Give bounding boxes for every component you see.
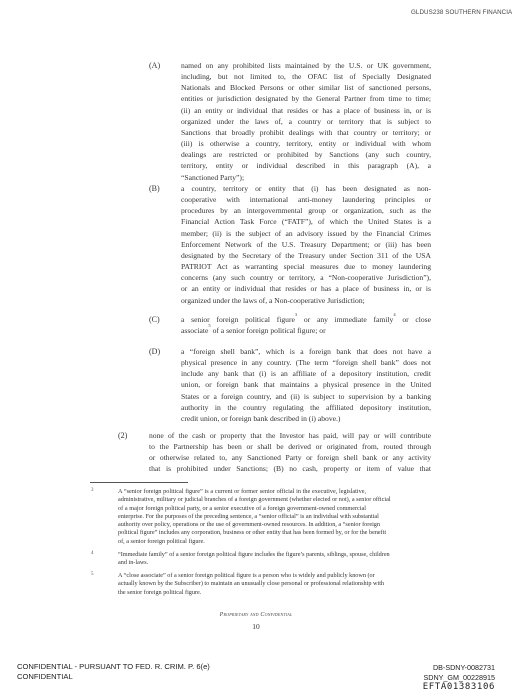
text-line: of a major foreign political party, or a…	[118, 505, 366, 513]
text-line: union, or foreign bank that maintains a …	[181, 379, 431, 390]
text-line: organized under the laws of, a Non-coope…	[181, 295, 431, 306]
text-line: (iii) is otherwise a country, territory,…	[181, 138, 431, 149]
item-b-label: (B)	[149, 183, 160, 194]
text-line: “Sanctioned Party”);	[181, 172, 431, 183]
item-b-paragraph: a country, territory or entity that (i) …	[181, 183, 431, 306]
bates-number-efta: EFTA01383106	[423, 682, 495, 693]
text-line: enterprise. For the purposes of the prec…	[118, 513, 366, 521]
text-line: organized under the laws of, a country o…	[181, 116, 431, 127]
text-line: the senior foreign political figure.	[118, 589, 366, 597]
text-line: procedures by an intergovernmental group…	[181, 205, 431, 216]
text-line: a country, territory or entity that (i) …	[181, 183, 431, 194]
text-line: include any bank that (i) is an affiliat…	[181, 368, 431, 379]
text-line: that is prohibited under Sanctions; (B) …	[149, 463, 431, 474]
bates-stamp: DB-SDNY-0082731 SDNY_GM_00228915 EFTA013…	[423, 663, 495, 693]
text-line: or otherwise related to, any Sanctioned …	[149, 452, 431, 463]
text-line: Nationals and Blocked Persons or other s…	[181, 82, 431, 93]
item-a-label: (A)	[149, 60, 160, 71]
footnote-number-4: 4	[91, 551, 94, 556]
text-line: States or a foreign country, and (ii) is…	[181, 391, 431, 402]
text-line: Financial Action Task Force (“FATF”), of…	[181, 216, 431, 227]
text-line: political figure” includes any corporati…	[118, 529, 366, 537]
text-line: (ii) an entity or individual that reside…	[181, 105, 431, 116]
page-number: 10	[0, 622, 512, 631]
text-line: and in-laws.	[118, 559, 366, 567]
text-line: designated by the Secretary of the Treas…	[181, 250, 431, 261]
text-line: named on any prohibited lists maintained…	[181, 60, 431, 71]
proprietary-notice: Proprietary and Confidential	[0, 612, 512, 618]
text-line: A “senior foreign political figure” is a…	[118, 488, 366, 496]
text-line: Enforcement Network of the U.S. Treasury…	[181, 239, 431, 250]
text-line: associate5 of a senior foreign political…	[181, 325, 431, 336]
text-line: a senior foreign political figure3 or an…	[181, 314, 431, 325]
text-line: authority in the country regulating the …	[181, 402, 431, 413]
text-line: administrative, military or judicial bra…	[118, 496, 366, 504]
text-line: territory, entity or individual describe…	[181, 160, 431, 171]
text-line: a “foreign shell bank”, which is a forei…	[181, 346, 431, 357]
item-a-paragraph: named on any prohibited lists maintained…	[181, 60, 431, 183]
footnote-ref-5[interactable]: 5	[208, 323, 210, 328]
text-line: dealings are restricted or prohibited by…	[181, 149, 431, 160]
text-line: A “close associate” of a senior foreign …	[118, 572, 366, 580]
item-2-label: (2)	[118, 430, 127, 441]
text-line: physical presence in any country. (The t…	[181, 357, 431, 368]
text-line: to the Partnership has been or shall be …	[149, 441, 431, 452]
item-c-paragraph: a senior foreign political figure3 or an…	[181, 314, 431, 336]
item-d-label: (D)	[149, 346, 160, 357]
document-header-id: GLDUS238 SOUTHERN FINANCIAL LLC	[411, 9, 512, 16]
item-c-label: (C)	[149, 314, 160, 325]
footnote-ref-4[interactable]: 4	[393, 312, 395, 317]
item-d-paragraph: a “foreign shell bank”, which is a forei…	[181, 346, 431, 424]
footnote-number-3: 3	[91, 488, 94, 493]
footnote-ref-3[interactable]: 3	[295, 312, 297, 317]
text-line: of, a senior foreign political figure.	[118, 538, 366, 546]
footnote-5: A “close associate” of a senior foreign …	[118, 572, 366, 597]
text-line: authority over policy, operations or the…	[118, 521, 366, 529]
text-line: cooperative with international anti-mone…	[181, 194, 431, 205]
bates-number-db: DB-SDNY-0082731	[423, 663, 495, 673]
text-line: PATRIOT Act as warranting special measur…	[181, 261, 431, 272]
confidential-grand-jury-label: CONFIDENTIAL - PURSUANT TO FED. R. CRIM.…	[17, 662, 210, 672]
item-2-paragraph: none of the cash or property that the In…	[149, 430, 431, 475]
footnote-number-5: 5	[91, 572, 94, 577]
bates-number-sdny: SDNY_GM_00228915	[423, 673, 495, 683]
footnote-4: “Immediate family” of a senior foreign p…	[118, 551, 366, 568]
text-line: including, but not limited to, the OFAC …	[181, 71, 431, 82]
text-line: or an entity or individual that resides …	[181, 283, 431, 294]
text-line: credit union, or foreign bank described …	[181, 413, 431, 424]
text-line: concerns (any such country or territory,…	[181, 272, 431, 283]
text-line: member; (ii) is the subject of an adviso…	[181, 228, 431, 239]
confidentiality-stamp: CONFIDENTIAL - PURSUANT TO FED. R. CRIM.…	[17, 662, 210, 681]
footnote-separator	[90, 482, 188, 483]
confidential-label: CONFIDENTIAL	[17, 672, 210, 682]
text-line: entities or jurisdiction designated by t…	[181, 93, 431, 104]
text-line: “Immediate family” of a senior foreign p…	[118, 551, 366, 559]
text-line: actually known by the Subscriber) to mai…	[118, 580, 366, 588]
footnote-3: A “senior foreign political figure” is a…	[118, 488, 366, 546]
text-line: none of the cash or property that the In…	[149, 430, 431, 441]
text-line: Sanctions that broadly prohibit dealings…	[181, 127, 431, 138]
